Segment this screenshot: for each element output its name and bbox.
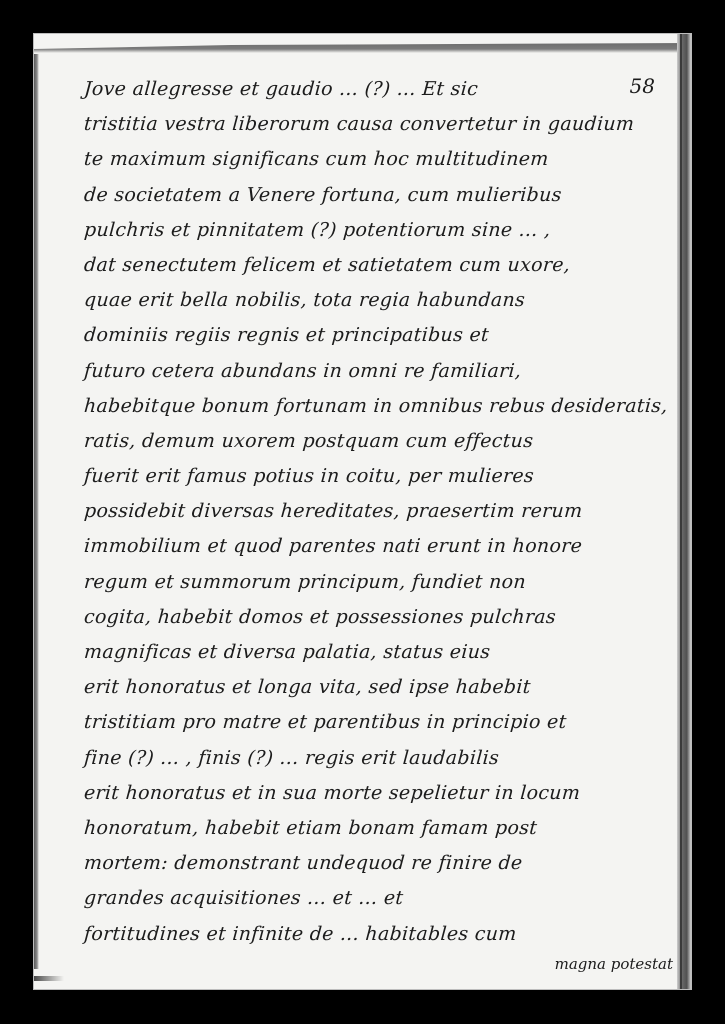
text-line: futuro cetera abundans in omni re famili… (83, 354, 675, 389)
binding-shadow-top (34, 43, 691, 53)
text-line: ratis, demum uxorem postquam cum effectu… (83, 424, 675, 459)
text-line: de societatem a Venere fortuna, cum muli… (83, 178, 675, 213)
text-line: fortitudines et infinite de ... habitabl… (83, 917, 675, 952)
binding-shadow-left (34, 54, 39, 969)
text-line: cogita, habebit domos et possessiones pu… (83, 600, 675, 635)
text-line: Jove allegresse et gaudio ... (?) ... Et… (83, 72, 675, 107)
text-line: honoratum, habebit etiam bonam famam pos… (83, 811, 675, 846)
text-line: immobilium et quod parentes nati erunt i… (83, 529, 675, 564)
text-line: regum et summorum principum, fundiet non (83, 565, 675, 600)
page-edge-line (680, 34, 682, 989)
text-line: magnificas et diversa palatia, status ei… (83, 635, 675, 670)
text-line: te maximum significans cum hoc multitudi… (83, 142, 675, 177)
text-line: tristitia vestra liberorum causa convert… (83, 107, 675, 142)
text-line: fine (?) ... , finis (?) ... regis erit … (83, 741, 675, 776)
text-line: habebitque bonum fortunam in omnibus reb… (83, 389, 675, 424)
text-line: erit honoratus et in sua morte sepelietu… (83, 776, 675, 811)
binding-shadow-right (677, 34, 691, 989)
binding-shadow-left-foot (34, 976, 64, 981)
text-line: erit honoratus et longa vita, sed ipse h… (83, 670, 675, 705)
manuscript-page: 58 Jove allegresse et gaudio ... (?) ...… (33, 33, 692, 990)
text-line: fuerit erit famus potius in coitu, per m… (83, 459, 675, 494)
catchword: magna potestat (555, 955, 673, 973)
manuscript-text: Jove allegresse et gaudio ... (?) ... Et… (84, 72, 674, 952)
text-line: quae erit bella nobilis, tota regia habu… (83, 283, 675, 318)
text-line: dat senectutem felicem et satietatem cum… (83, 248, 675, 283)
text-line: pulchris et pinnitatem (?) potentiorum s… (83, 213, 675, 248)
text-line: grandes acquisitiones ... et ... et (83, 881, 675, 916)
text-line: mortem: demonstrant undequod re finire d… (83, 846, 675, 881)
text-line: possidebit diversas hereditates, praeser… (83, 494, 675, 529)
text-line: dominiis regiis regnis et principatibus … (83, 318, 675, 353)
text-line: tristitiam pro matre et parentibus in pr… (83, 705, 675, 740)
